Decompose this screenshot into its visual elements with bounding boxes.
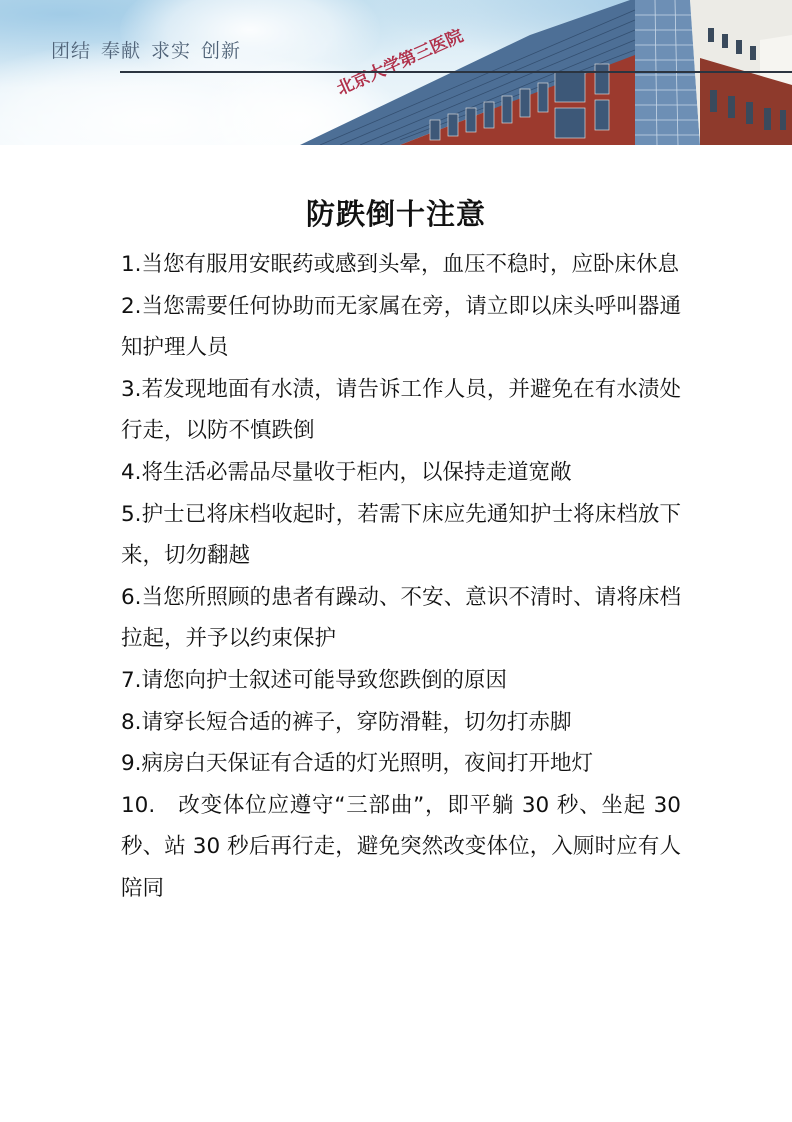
header-banner: 团结奉献求实创新 [0, 0, 792, 145]
list-item: 9.病房白天保证有合适的灯光照明，夜间打开地灯 [121, 743, 681, 785]
list-item: 10. 改变体位应遵守“三部曲”，即平躺 30 秒、坐起 30 秒、站 30 秒… [121, 785, 681, 910]
banner-divider [120, 71, 792, 73]
list-item: 5.护士已将床档收起时，若需下床应先通知护士将床档放下来，切勿翻越 [121, 494, 681, 577]
list-item: 6.当您所照顾的患者有躁动、不安、意识不清时、请将床档拉起，并予以约束保护 [121, 577, 681, 660]
list-item: 1.当您有服用安眠药或感到头晕，血压不稳时，应卧床休息 [121, 244, 681, 286]
motto-word: 团结 [51, 40, 91, 62]
precautions-list: 1.当您有服用安眠药或感到头晕，血压不稳时，应卧床休息 2.当您需要任何协助而无… [121, 244, 681, 910]
page-title: 防跌倒十注意 [0, 192, 792, 233]
list-item: 3.若发现地面有水渍，请告诉工作人员，并避免在有水渍处行走，以防不慎跌倒 [121, 369, 681, 452]
list-item: 7.请您向护士叙述可能导致您跌倒的原因 [121, 660, 681, 702]
list-item: 4.将生活必需品尽量收于柜内，以保持走道宽敞 [121, 452, 681, 494]
list-item: 8.请穿长短合适的裤子，穿防滑鞋，切勿打赤脚 [121, 702, 681, 744]
motto: 团结奉献求实创新 [51, 36, 251, 63]
motto-word: 奉献 [101, 40, 141, 62]
list-item: 2.当您需要任何协助而无家属在旁，请立即以床头呼叫器通知护理人员 [121, 286, 681, 369]
motto-word: 求实 [151, 40, 191, 62]
motto-word: 创新 [201, 40, 241, 62]
